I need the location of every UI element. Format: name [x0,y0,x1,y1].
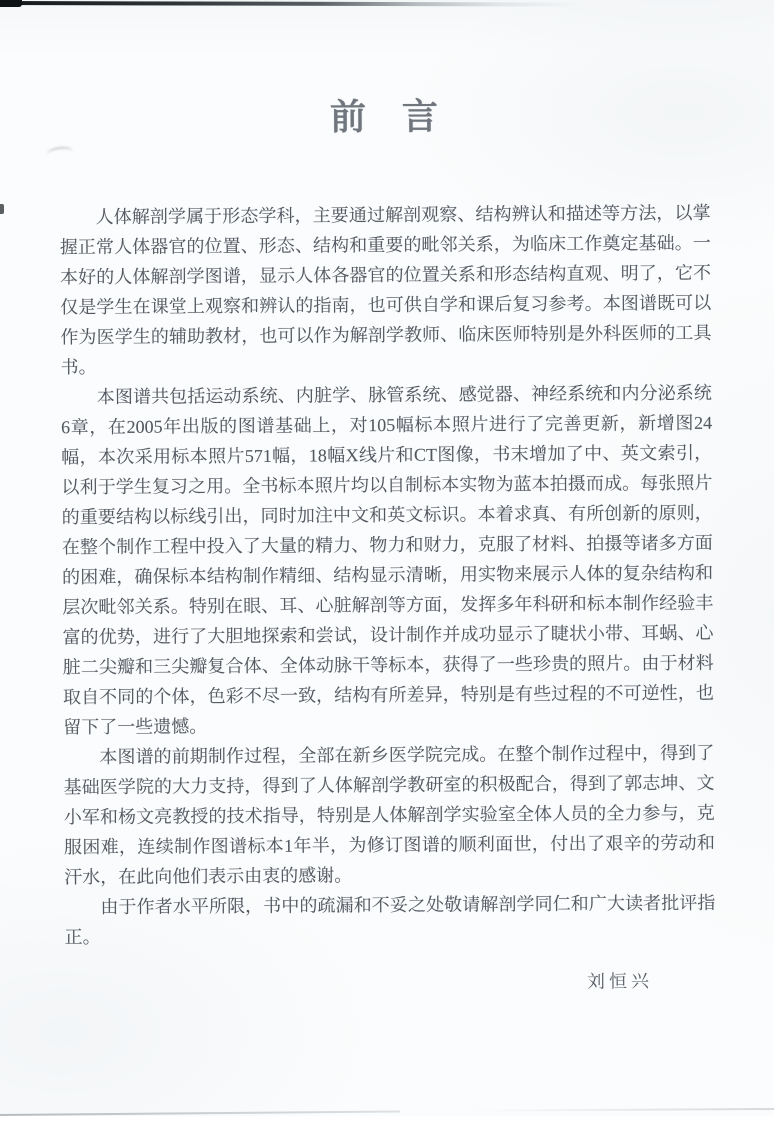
page-title: 前 言 [0,91,771,142]
paragraph: 由于作者水平所限，书中的疏漏和不妥之处敬请解剖学同仁和广大读者批评指正。 [64,888,715,953]
paragraph: 本图谱共包括运动系统、内脏学、脉管系统、感觉器、神经系统和内分泌系统6章，在20… [61,378,714,743]
paragraph: 本图谱的前期制作过程，全部在新乡医学院完成。在整个制作过程中，得到了基础医学院的… [63,738,715,893]
page-content: 前 言 人体解剖学属于形态学科，主要通过解剖观察、结构辨认和描述等方法，以掌握正… [0,0,774,1122]
scanned-book-page: 前 言 人体解剖学属于形态学科，主要通过解剖观察、结构辨认和描述等方法，以掌握正… [0,0,774,1122]
paragraph: 人体解剖学属于形态学科，主要通过解剖观察、结构辨认和描述等方法，以掌握正常人体器… [59,198,711,383]
author-signature: 刘恒兴 [587,967,653,993]
scan-bottom-strip [0,1116,774,1122]
document-body: 人体解剖学属于形态学科，主要通过解剖观察、结构辨认和描述等方法，以掌握正常人体器… [59,198,715,953]
